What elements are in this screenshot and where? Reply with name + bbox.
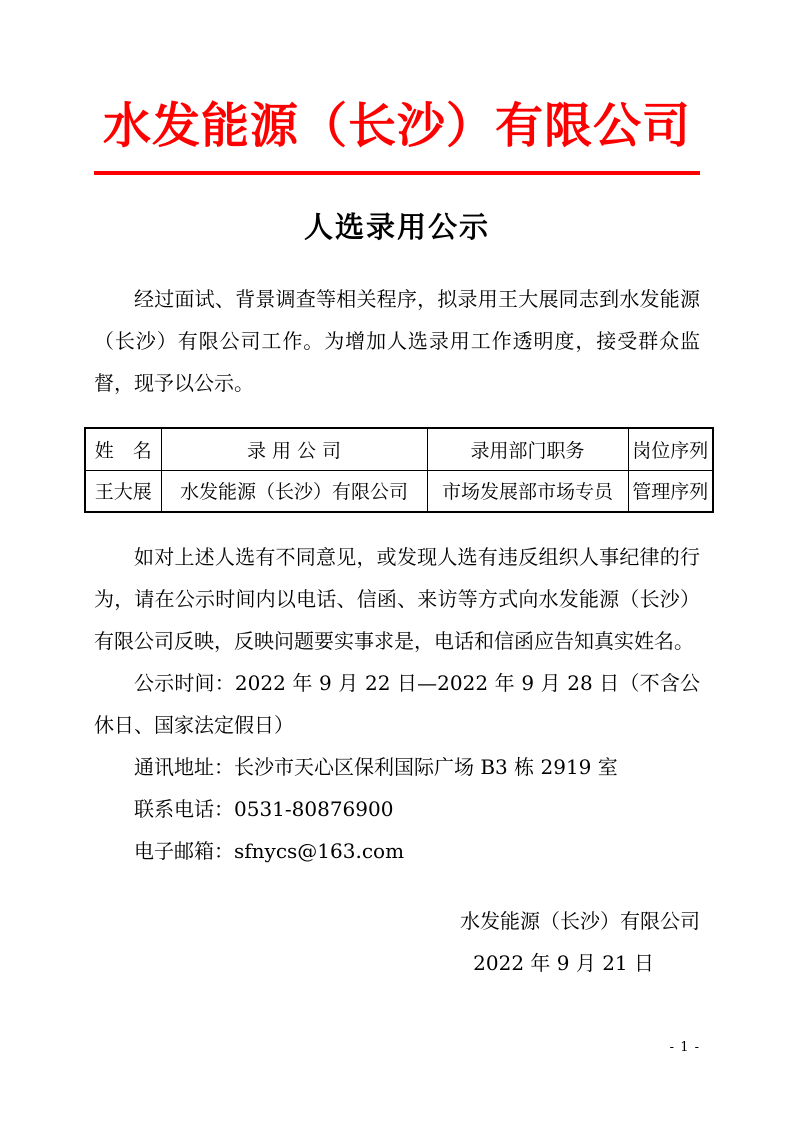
page-number: - 1 - xyxy=(670,1040,700,1055)
contact-phone-line: 联系电话：0531-80876900 xyxy=(94,788,700,830)
table-header-sequence: 岗位序列 xyxy=(628,428,713,470)
document-content: 水发能源（长沙）有限公司 人选录用公示 经过面试、背景调查等相关程序，拟录用王大… xyxy=(0,0,794,984)
table-cell-position: 市场发展部市场专员 xyxy=(427,470,628,512)
publicity-period-line: 公示时间：2022 年 9 月 22 日—2022 年 9 月 28 日（不含公… xyxy=(94,662,700,746)
table-cell-company: 水发能源（长沙）有限公司 xyxy=(161,470,427,512)
mailing-address-line: 通讯地址：长沙市天心区保利国际广场 B3 栋 2919 室 xyxy=(94,746,700,788)
table-cell-sequence: 管理序列 xyxy=(628,470,713,512)
letterhead-company-name: 水发能源（长沙）有限公司 xyxy=(94,95,700,157)
intro-paragraph: 经过面试、背景调查等相关程序，拟录用王大展同志到水发能源（长沙）有限公司工作。为… xyxy=(94,278,700,404)
letterhead-divider xyxy=(94,171,700,175)
document-page: 水发能源（长沙）有限公司 人选录用公示 经过面试、背景调查等相关程序，拟录用王大… xyxy=(0,0,794,1123)
table-header-name: 姓 名 xyxy=(85,428,161,470)
email-line: 电子邮箱：sfnycs@163.com xyxy=(94,830,700,872)
recruitment-table: 姓 名 录 用 公 司 录用部门职务 岗位序列 王大展 水发能源（长沙）有限公司… xyxy=(84,427,714,513)
signature-date: 2022 年 9 月 21 日 xyxy=(94,942,700,984)
table-header-company: 录 用 公 司 xyxy=(161,428,427,470)
table-header-row: 姓 名 录 用 公 司 录用部门职务 岗位序列 xyxy=(85,428,713,470)
table-header-position: 录用部门职务 xyxy=(427,428,628,470)
signature-block: 水发能源（长沙）有限公司 2022 年 9 月 21 日 xyxy=(94,900,700,984)
objection-paragraph: 如对上述人选有不同意见，或发现人选有违反组织人事纪律的行为，请在公示时间内以电话… xyxy=(94,536,700,662)
table-cell-name: 王大展 xyxy=(85,470,161,512)
table-row: 王大展 水发能源（长沙）有限公司 市场发展部市场专员 管理序列 xyxy=(85,470,713,512)
document-title: 人选录用公示 xyxy=(94,205,700,249)
signature-company: 水发能源（长沙）有限公司 xyxy=(94,900,700,942)
